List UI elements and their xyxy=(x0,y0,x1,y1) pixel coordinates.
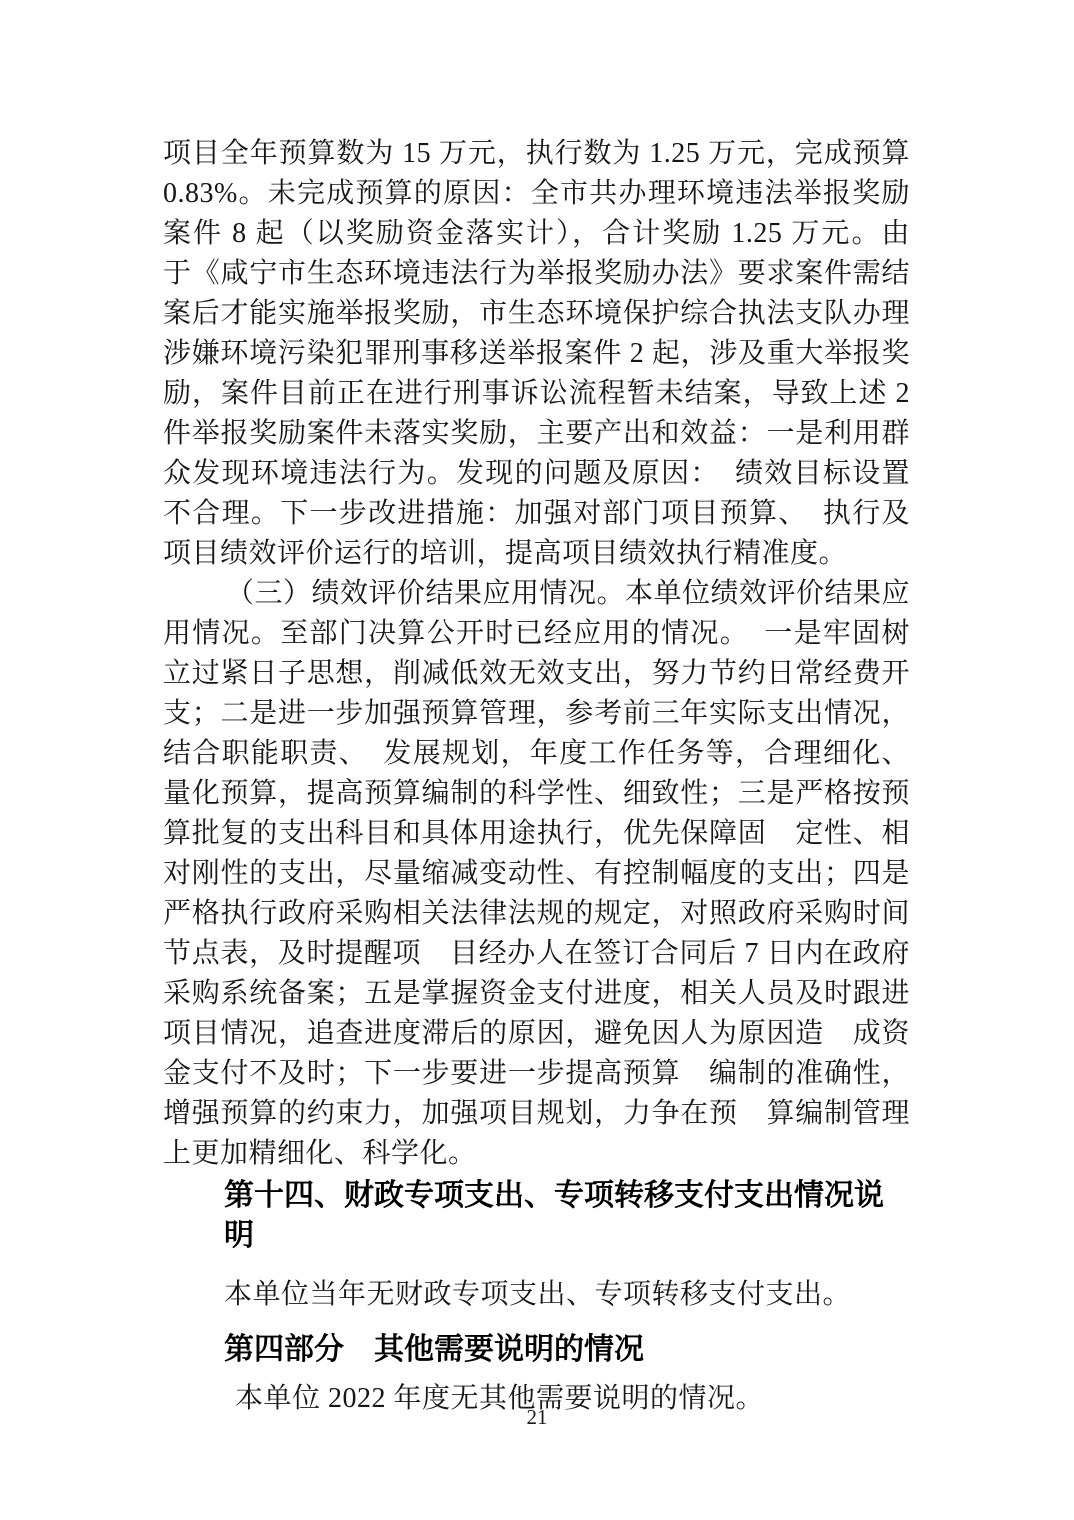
body-text-line: 上更加精细化、科学化。 xyxy=(163,1134,910,1174)
body-text-line: 励，案件目前正在进行刑事诉讼流程暂未结案，导致上述 2 xyxy=(163,374,910,414)
body-text-line: 节点表，及时提醒项 目经办人在签订合同后 7 日内在政府 xyxy=(163,934,910,974)
body-text-line: 结合职能职责、 发展规划，年度工作任务等，合理细化、 xyxy=(163,734,910,774)
document-page: 项目全年预算数为 15 万元，执行数为 1.25 万元，完成预算 0.83%。未… xyxy=(0,0,1074,1520)
body-text-line: 对刚性的支出，尽量缩减变动性、有控制幅度的支出；四是 xyxy=(163,854,910,894)
body-text-line: 案件 8 起（以奖励资金落实计），合计奖励 1.25 万元。由 xyxy=(163,214,910,254)
body-text-line: 案后才能实施举报奖励，市生态环境保护综合执法支队办理 xyxy=(163,294,910,334)
body-text-line: 项目全年预算数为 15 万元，执行数为 1.25 万元，完成预算 xyxy=(163,134,910,174)
paragraph-section-14: 本单位当年无财政专项支出、专项转移支付支出。 xyxy=(163,1275,910,1315)
body-text-line: 项目绩效评价运行的培训，提高项目绩效执行精准度。 xyxy=(163,534,910,574)
body-text-line: 采购系统备案；五是掌握资金支付进度，相关人员及时跟进 xyxy=(163,974,910,1014)
body-text-line: 于《咸宁市生态环境违法行为举报奖励办法》要求案件需结 xyxy=(163,254,910,294)
body-text-line: 量化预算，提高预算编制的科学性、细致性；三是严格按预 xyxy=(163,774,910,814)
document-body: 项目全年预算数为 15 万元，执行数为 1.25 万元，完成预算 0.83%。未… xyxy=(163,134,910,1419)
page-number: 21 xyxy=(0,1404,1074,1430)
body-text-line: 金支付不及时；下一步要进一步提高预算 编制的准确性， xyxy=(163,1054,910,1094)
body-text-line: （三）绩效评价结果应用情况。本单位绩效评价结果应 xyxy=(163,574,910,614)
body-text-line: 件举报奖励案件未落实奖励，主要产出和效益：一是利用群 xyxy=(163,414,910,454)
body-text-line: 不合理。下一步改进措施：加强对部门项目预算、 执行及 xyxy=(163,494,910,534)
section-heading-part4: 第四部分 其他需要说明的情况 xyxy=(163,1330,910,1370)
section-heading-14: 第十四、财政专项支出、专项转移支付支出情况说明 xyxy=(163,1176,910,1256)
body-text-line: 增强预算的约束力，加强项目规划，力争在预 算编制管理 xyxy=(163,1094,910,1134)
body-text-line: 涉嫌环境污染犯罪刑事移送举报案件 2 起，涉及重大举报奖 xyxy=(163,334,910,374)
body-text-line: 支；二是进一步加强预算管理，参考前三年实际支出情况， xyxy=(163,694,910,734)
body-text-line: 算批复的支出科目和具体用途执行，优先保障固 定性、相 xyxy=(163,814,910,854)
body-text-line: 众发现环境违法行为。发现的问题及原因： 绩效目标设置 xyxy=(163,454,910,494)
body-text-line: 项目情况，追查进度滞后的原因，避免因人为原因造 成资 xyxy=(163,1014,910,1054)
body-text-line: 严格执行政府采购相关法律法规的规定，对照政府采购时间 xyxy=(163,894,910,934)
body-text-line: 0.83%。未完成预算的原因：全市共办理环境违法举报奖励 xyxy=(163,174,910,214)
body-text-line: 立过紧日子思想，削减低效无效支出，努力节约日常经费开 xyxy=(163,654,910,694)
body-text-line: 用情况。至部门决算公开时已经应用的情况。 一是牢固树 xyxy=(163,614,910,654)
